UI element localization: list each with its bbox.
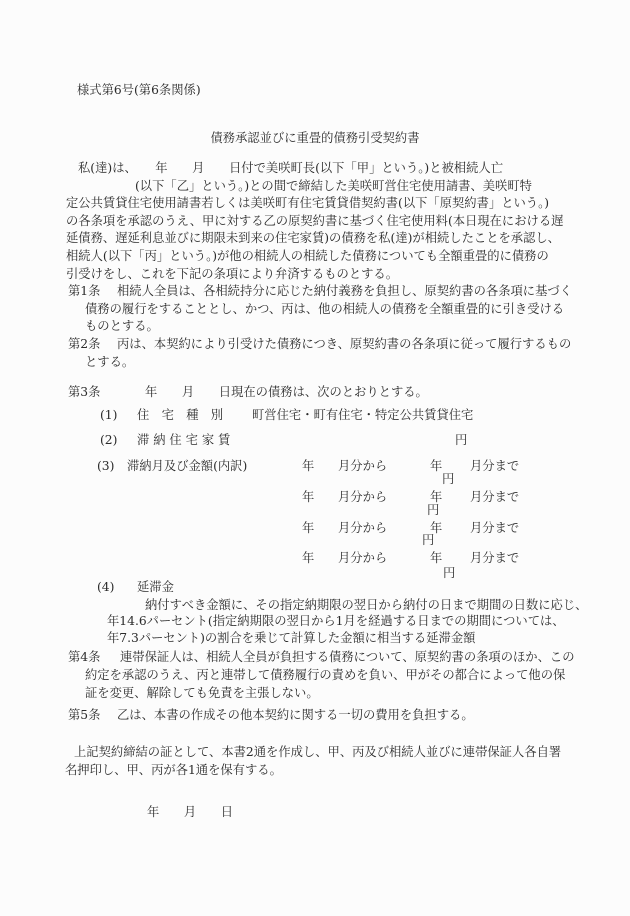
article-4-text: 連帯保証人は、相続人全員が負担する債務について、原契約書の条項のほか、この [120, 648, 575, 666]
preamble-line-2: (以下「乙」という。)との間で締結した美咲町営住宅使用請書、美咲町特 [135, 177, 532, 195]
article-2-number: 第2条 [68, 335, 100, 353]
article-2-line-2: とする。 [85, 353, 134, 371]
preamble-line-6: 相続人(以下「丙」という。)が他の相続人の相続した債務についても全額重畳的に債務… [66, 247, 549, 265]
article-5-text: 乙は、本書の作成その他本契約に関する一切の費用を負担する。 [117, 706, 474, 724]
article-3-number: 第3条 [68, 383, 100, 401]
preamble-line-4: の各条項を承認のうえ、甲に対する乙の原契約書に基づく住宅使用料(本日現在における… [66, 212, 563, 230]
item-1-housing-type: (1) 住 宅 種 別 町営住宅・町有住宅・特定公共賃貸住宅 [0, 406, 630, 424]
item-3-amount-row: 円 [0, 501, 630, 519]
period-amount-unit: 円 [427, 501, 439, 519]
article-1-number: 第1条 [68, 282, 100, 300]
article-1-text: 相続人全員は、各相続持分に応じた納付義務を負担し、原契約書の各条項に基づく [117, 282, 572, 300]
item-4-number: (4) [97, 578, 114, 596]
item-2-unit-yen: 円 [455, 431, 467, 449]
item-1-number: (1) [100, 406, 117, 424]
article-4-line-3: 証を変更、解除しても免責を主張しない。 [85, 684, 319, 702]
document-title: 債務承認並びに重畳的債務引受契約書 [0, 129, 630, 147]
document-page: 様式第6号(第6条関係) 債務承認並びに重畳的債務引受契約書 私(達)は、 年 … [0, 0, 630, 916]
article-1-line-2: 債務の履行をすることとし、かつ、丙は、他の相続人の債務を全額重畳的に引き受ける [85, 300, 564, 318]
article-5-number: 第5条 [68, 706, 100, 724]
article-4-line-2: 約定を承認のうえ、丙と連帯して債務履行の責めを負い、甲がその都合によって他の保 [85, 666, 565, 684]
closing-line-1: 上記契約締結の証として、本書2通を作成し、甲、丙及び相続人並びに連帯保証人各自署 [74, 743, 561, 761]
period-amount-unit: 円 [442, 470, 454, 488]
article-5-line-1: 第5条 乙は、本書の作成その他本契約に関する一切の費用を負担する。 [0, 706, 630, 724]
article-1-line-3: ものとする。 [85, 317, 159, 335]
item-3-amount-row: 円 [0, 470, 630, 488]
item-2-number: (2) [100, 431, 117, 449]
preamble-line-1: 私(達)は、 年 月 日付で美咲町長(以下「甲」という。)と被相続人亡 [78, 159, 503, 177]
preamble-line-3: 定公共賃貸住宅使用請書若しくは美咲町有住宅賃貸借契約書(以下「原契約書」という。… [66, 194, 549, 212]
item-1-value: 町営住宅・町有住宅・特定公共賃貸住宅 [252, 406, 473, 424]
item-4-late-charge: (4) 延滞金 [0, 578, 630, 596]
article-4-line-1: 第4条 連帯保証人は、相続人全員が負担する債務について、原契約書の条項のほか、こ… [0, 648, 630, 666]
closing-line-2: 名押印し、甲、丙が各1通を保有する。 [65, 761, 282, 779]
item-4-line-2: 年14.6パーセント(指定納期限の翌日から1月を経過する日までの期間については、 [107, 612, 565, 630]
item-3-amount-row: 円 [0, 531, 630, 549]
date-line: 年 月 日 [147, 803, 233, 821]
article-1-line-1: 第1条 相続人全員は、各相続持分に応じた納付義務を負担し、原契約書の各条項に基づ… [0, 282, 630, 300]
article-2-line-1: 第2条 丙は、本契約により引受けた債務につき、原契約書の各条項に従って履行するも… [0, 335, 630, 353]
item-1-label: 住 宅 種 別 [137, 406, 223, 424]
article-3-heading: 第3条 年 月 日現在の債務は、次のとおりとする。 [0, 383, 630, 401]
preamble-line-7: 引受けをし、これを下記の条項により弁済するものとする。 [66, 265, 398, 283]
preamble-line-5: 延債務、遅延利息並びに期限未到来の住宅家賃)の債務を私(達)が相続したことを承認… [66, 229, 560, 247]
article-2-text: 丙は、本契約により引受けた債務につき、原契約書の各条項に従って履行するもの [117, 335, 571, 353]
form-number: 様式第6号(第6条関係) [77, 81, 201, 99]
period-amount-unit: 円 [422, 531, 434, 549]
item-2-label: 滞 納 住 宅 家 賃 [137, 431, 230, 449]
item-4-line-3: 年7.3パーセント)の割合を乗じて計算した金額に相当する延滞金額 [107, 629, 475, 647]
article-4-number: 第4条 [68, 648, 100, 666]
item-2-overdue-rent: (2) 滞 納 住 宅 家 賃 円 [0, 431, 630, 449]
article-3-heading-text: 年 月 日現在の債務は、次のとおりとする。 [145, 383, 428, 401]
item-4-label: 延滞金 [137, 578, 174, 596]
